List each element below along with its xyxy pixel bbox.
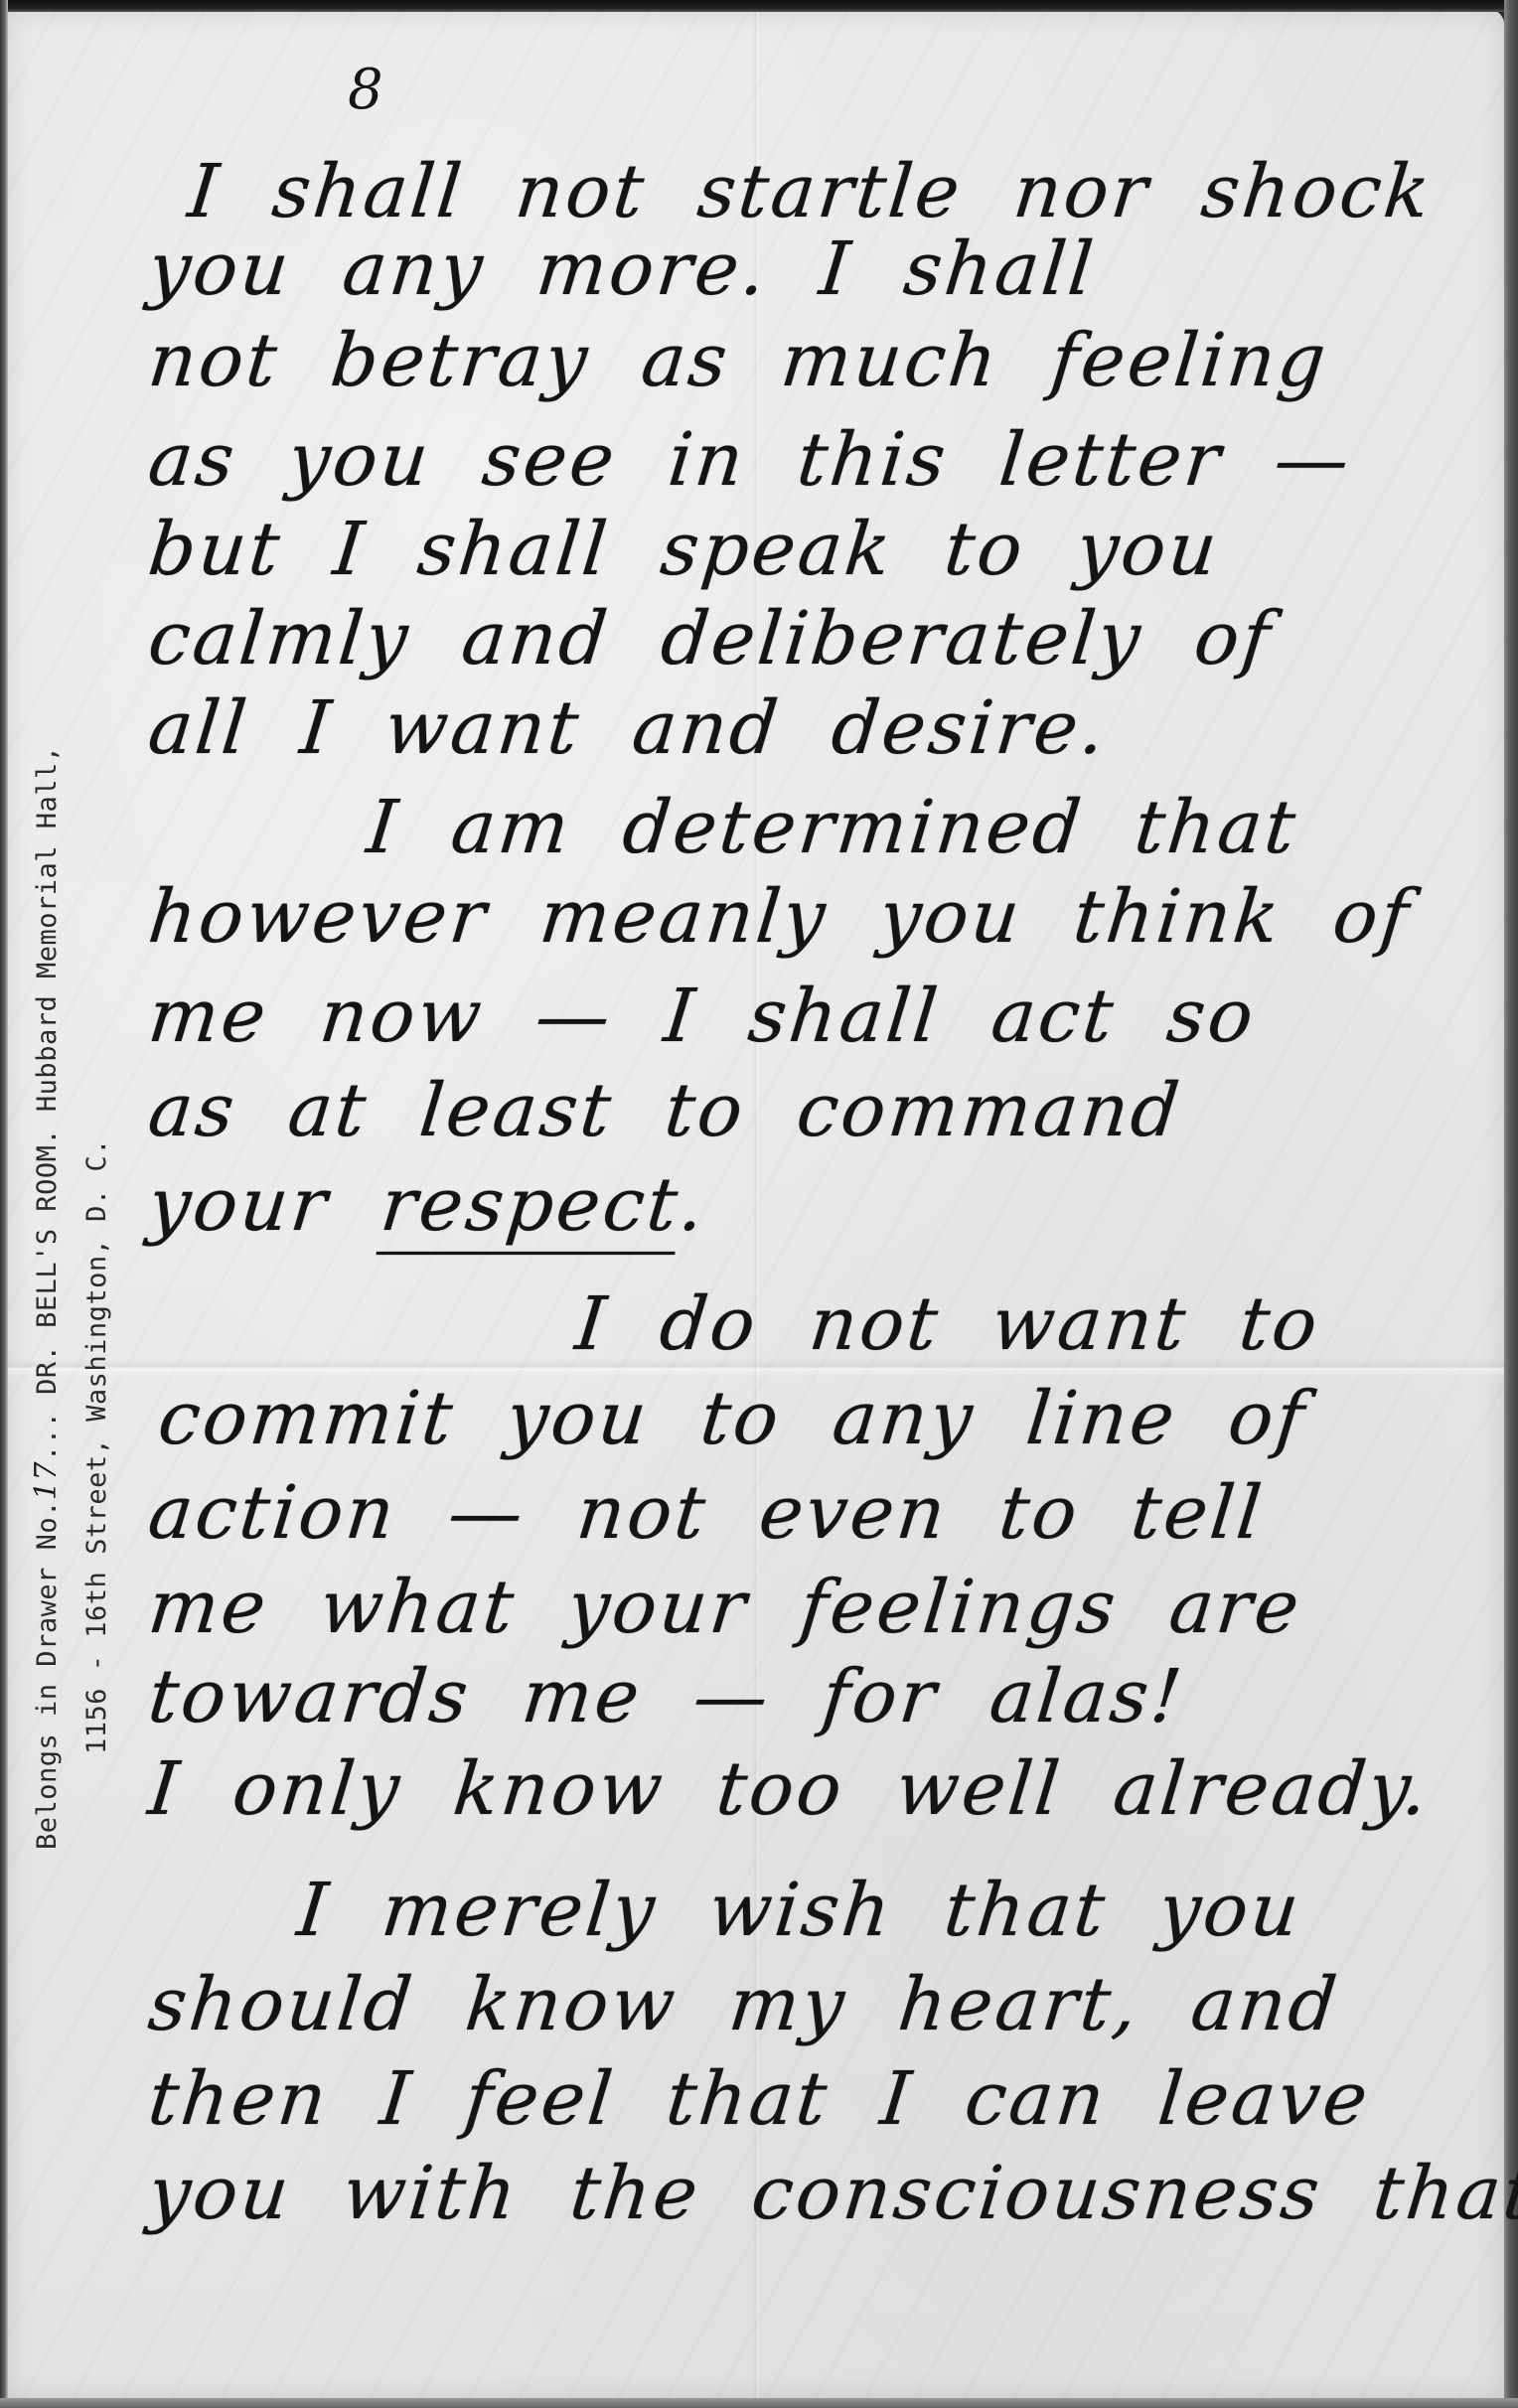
letter-line: me now — I shall act so [144, 974, 1260, 1059]
letter-line: me what your feelings are [144, 1565, 1305, 1650]
letter-line: not betray as much feeling [144, 318, 1332, 403]
letter-line: I do not want to [571, 1281, 1323, 1367]
letter-word: your [144, 1162, 333, 1248]
letter-line: however meanly you think of [144, 874, 1415, 960]
underlined-word: respect [377, 1162, 684, 1248]
letter-line: your respect. [144, 1162, 710, 1248]
letter-line: you with the consciousness that [144, 2151, 1518, 2236]
letter-line: then I feel that I can leave [144, 2056, 1374, 2142]
letter-line: should know my heart, and [144, 1962, 1343, 2047]
letter-line: as at least to command [144, 1068, 1185, 1153]
letter-line: commit you to any line of [154, 1376, 1310, 1461]
letter-line: you any more. I shall [144, 226, 1099, 312]
letter-line: I only know too well already. [144, 1746, 1434, 1832]
letter-line: all I want and desire. [144, 685, 1111, 771]
letter-line: action — not even to tell [144, 1470, 1268, 1556]
letter-line: I shall not startle nor shock [184, 149, 1436, 234]
letter-line: as you see in this letter — [144, 417, 1355, 503]
letter-line: towards me — for alas! [144, 1654, 1187, 1739]
letter-body: I shall not startle nor shock you any mo… [0, 0, 1518, 2408]
letter-line: but I shall speak to you [144, 507, 1223, 592]
letter-line: I am determined that [363, 785, 1301, 870]
letter-line: calmly and deliberately of [144, 596, 1277, 681]
letter-line: I merely wish that you [293, 1868, 1305, 1953]
